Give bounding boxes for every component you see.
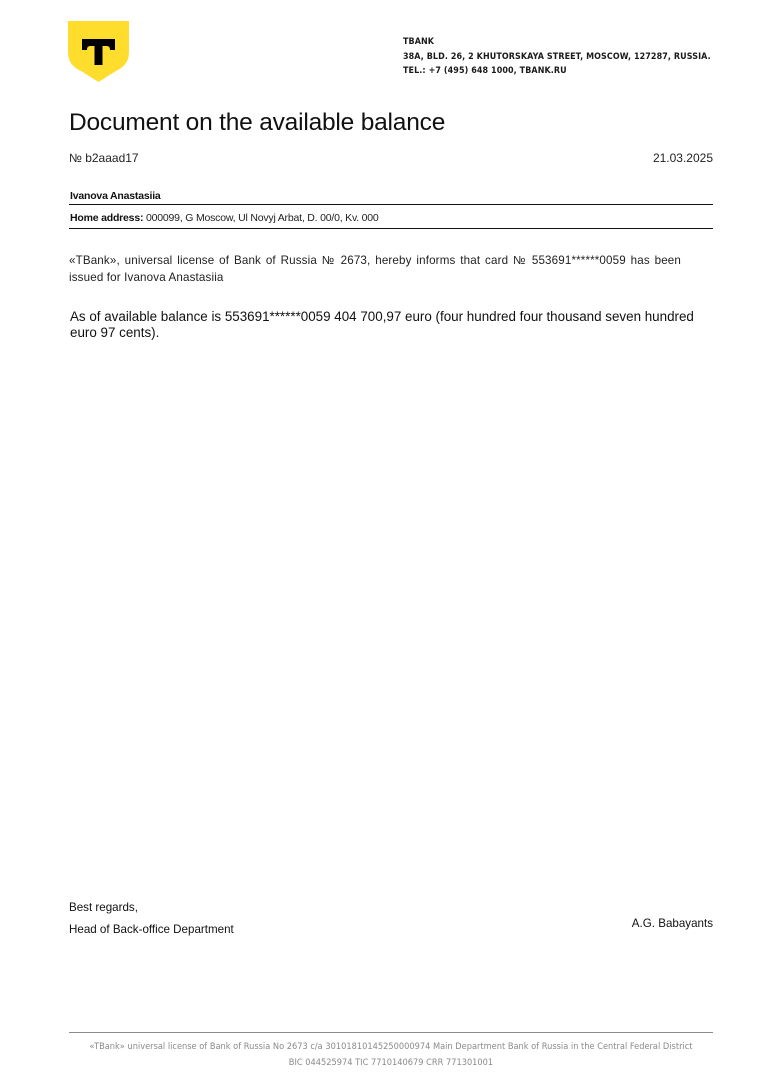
home-address-label: Home address: [70, 212, 143, 224]
bank-contacts: TEL.: +7 (495) 648 1000, TBANK.RU [403, 64, 711, 79]
balance-paragraph: As of available balance is 553691******0… [70, 309, 720, 340]
tbank-shield-icon [68, 21, 129, 82]
home-address-value: 000099, G Moscow, Ul Novyj Arbat, D. 00/… [143, 212, 378, 224]
footer-license-line: «TBank» universal license of Bank of Rus… [73, 1039, 709, 1055]
closing-regards: Best regards, [69, 901, 138, 914]
signer-name: A.G. Babayants [632, 917, 713, 930]
document-number: № b2aaad17 [69, 151, 139, 165]
divider [69, 228, 713, 229]
home-address: Home address: 000099, G Moscow, Ul Novyj… [70, 212, 379, 224]
tbank-logo [68, 21, 129, 82]
bank-address: 38A, BLD. 26, 2 KHUTORSKAYA STREET, MOSC… [403, 50, 711, 65]
bank-name: TBANK [403, 35, 711, 50]
document-title: Document on the available balance [69, 109, 445, 137]
footer-requisites-line: BIC 044525974 TIC 7710140679 CRR 7713010… [73, 1055, 709, 1071]
holder-name: Ivanova Anastasiia [70, 190, 161, 202]
signer-position: Head of Back-office Department [69, 923, 234, 936]
bank-info: TBANK 38A, BLD. 26, 2 KHUTORSKAYA STREET… [403, 35, 734, 79]
document-date: 21.03.2025 [653, 151, 713, 165]
divider [69, 204, 713, 205]
footer-divider [69, 1032, 713, 1033]
footer: «TBank» universal license of Bank of Rus… [60, 1039, 722, 1071]
intro-paragraph: «TBank», universal license of Bank of Ru… [69, 252, 681, 286]
